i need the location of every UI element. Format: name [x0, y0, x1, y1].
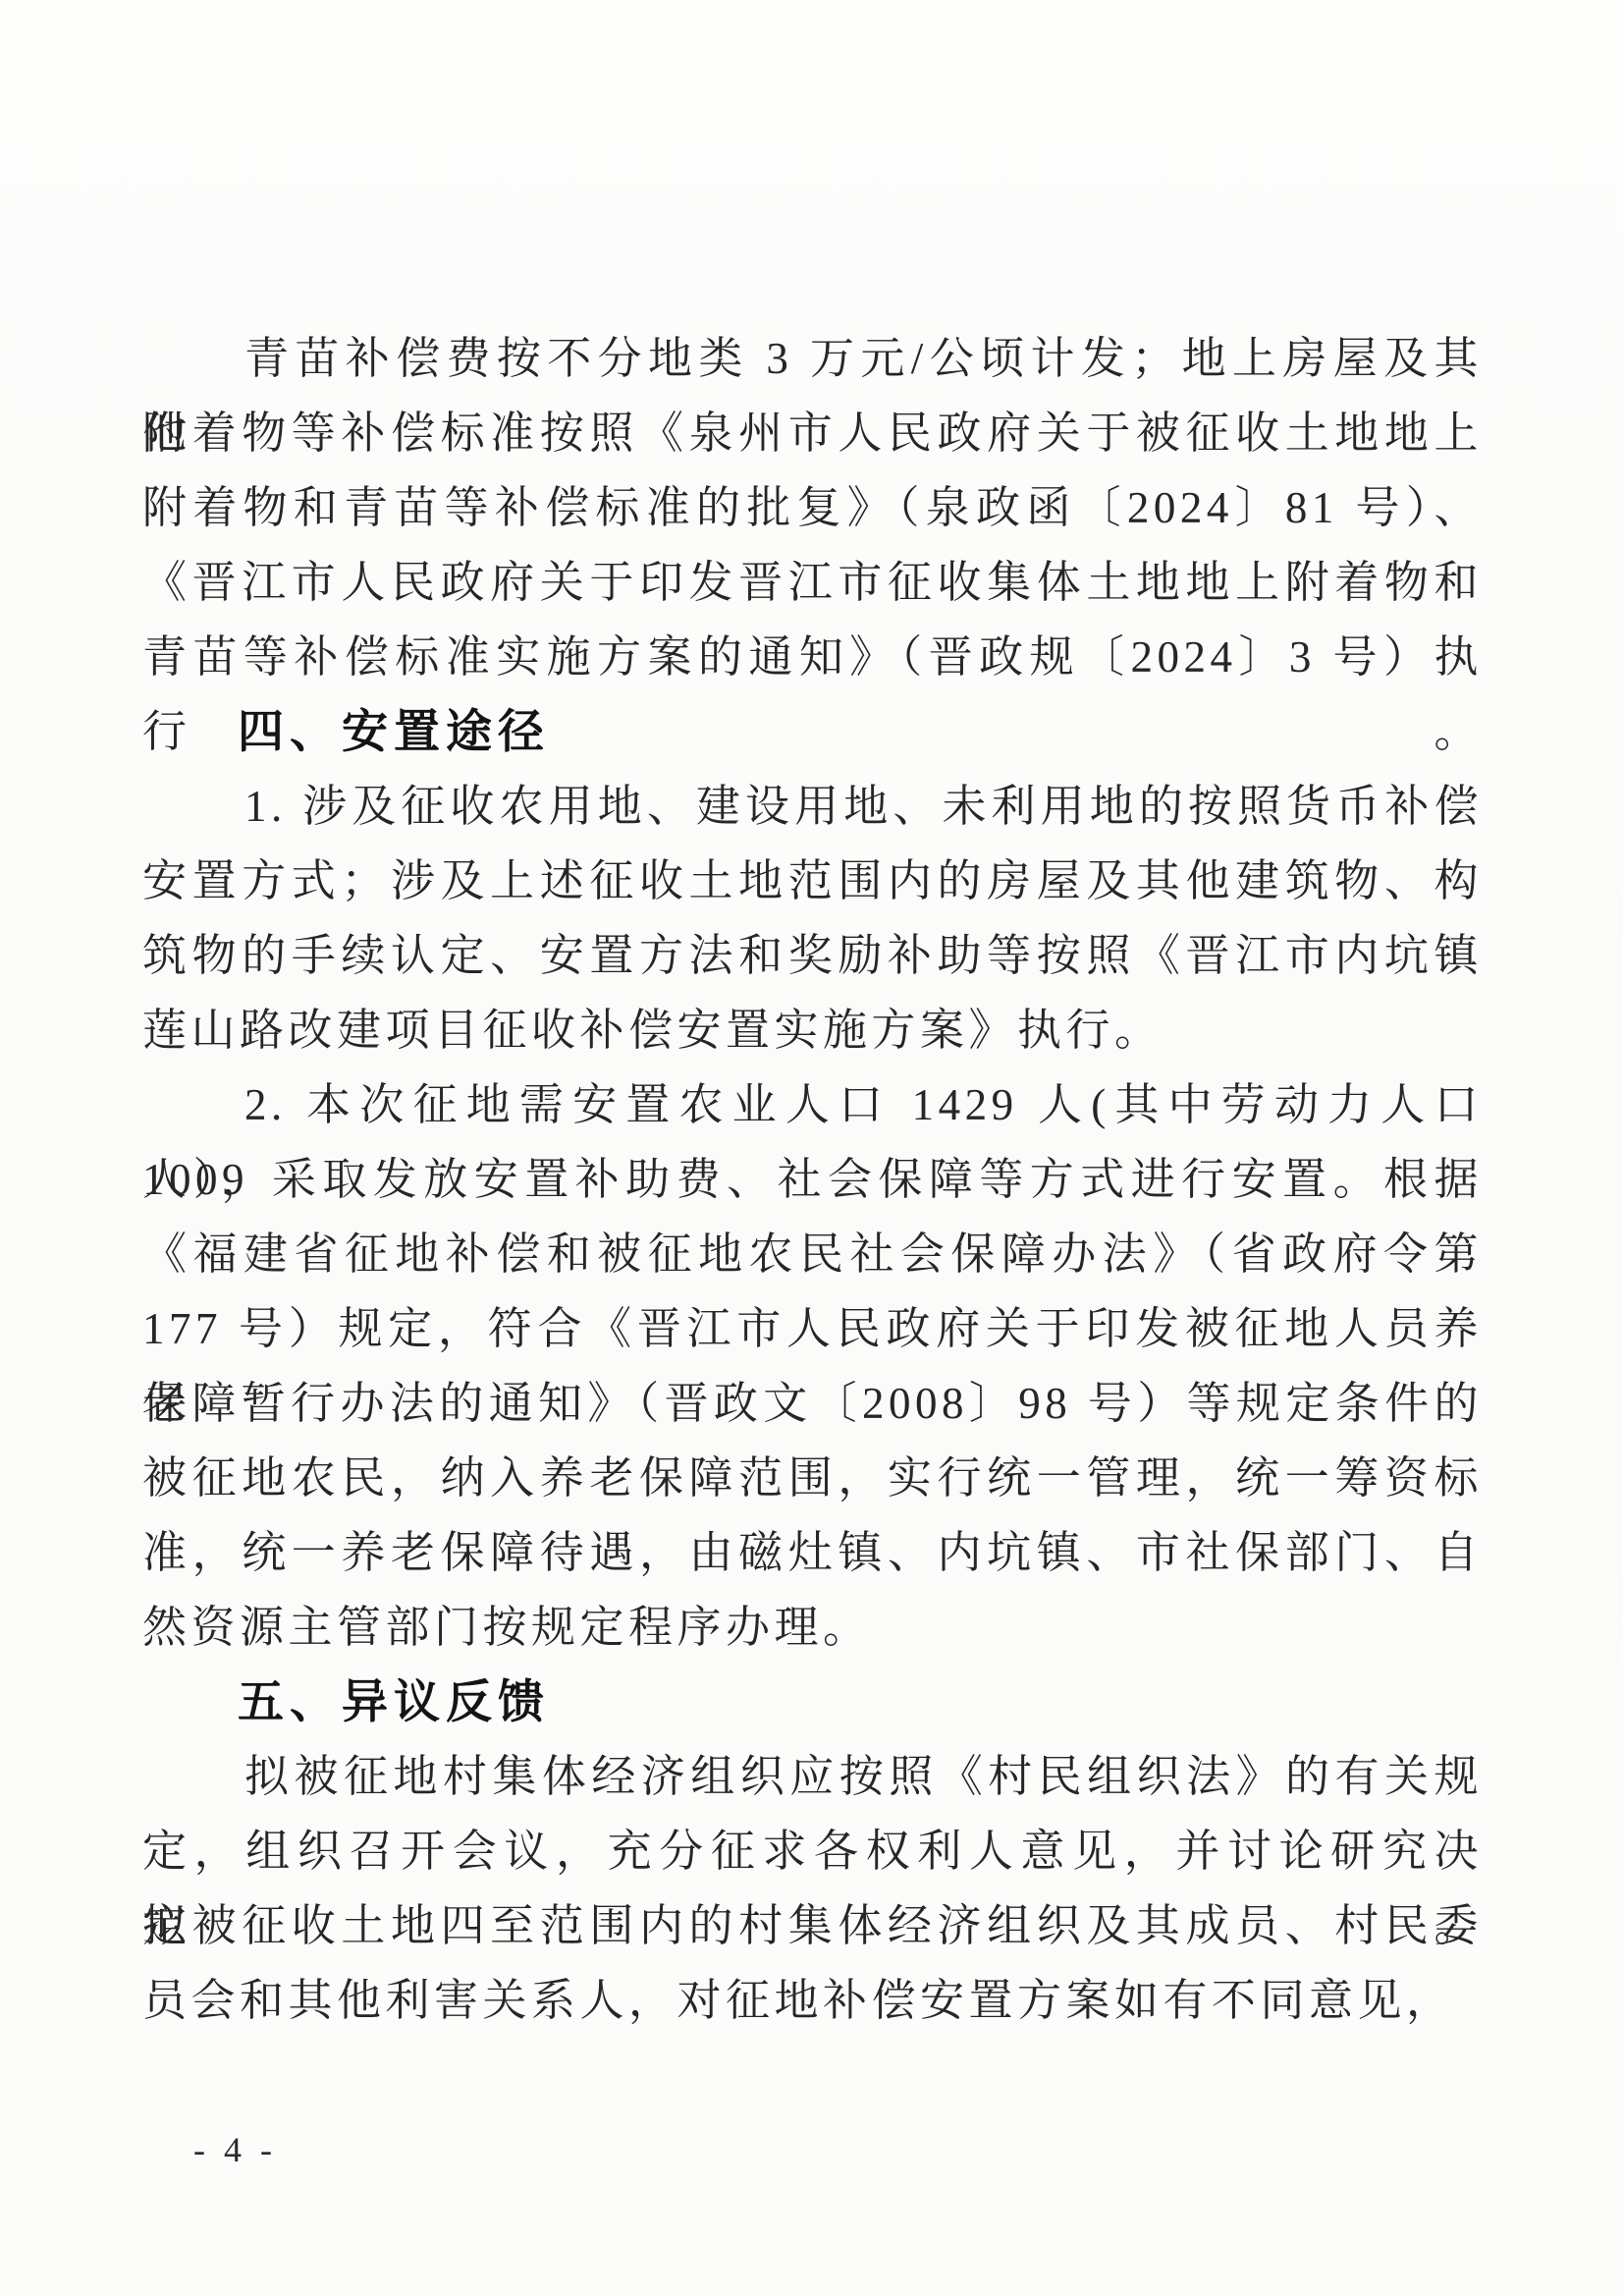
text-line: 员会和其他利害关系人，对征地补偿安置方案如有不同意见，: [142, 1963, 1483, 2038]
text-line: 附着物等补偿标准按照《泉州市人民政府关于被征收土地地上: [142, 396, 1483, 470]
text-line: 《晋江市人民政府关于印发晋江市征收集体土地地上附着物和: [142, 545, 1483, 620]
section-heading: 五、异议反馈: [142, 1665, 1483, 1739]
text-line: 1. 涉及征收农用地、建设用地、未利用地的按照货币补偿: [142, 769, 1483, 844]
text-line: 《福建省征地补偿和被征地农民社会保障办法》（省政府令第: [142, 1217, 1483, 1291]
text-line: 保障暂行办法的通知》（晋政文〔2008〕98 号）等规定条件的: [142, 1366, 1483, 1441]
text-line: 177 号）规定，符合《晋江市人民政府关于印发被征地人员养老: [142, 1291, 1483, 1366]
text-line: 准，统一养老保障待遇，由磁灶镇、内坑镇、市社保部门、自: [142, 1515, 1483, 1590]
page: { "page": { "background": "#fcfcfb", "fo…: [0, 0, 1623, 2296]
text-line: 青苗等补偿标准实施方案的通知》（晋政规〔2024〕3 号）执行。: [142, 620, 1483, 694]
text-line: 拟被征地村集体经济组织应按照《村民组织法》的有关规: [142, 1739, 1483, 1814]
text-line: 定，组织召开会议，充分征求各权利人意见，并讨论研究决定。: [142, 1814, 1483, 1888]
text-line: 2. 本次征地需安置农业人口 1429 人(其中劳动力人口 1009: [142, 1067, 1483, 1142]
text-line: 筑物的手续认定、安置方法和奖励补助等按照《晋江市内坑镇: [142, 918, 1483, 993]
text-line: 被征地农民，纳入养老保障范围，实行统一管理，统一筹资标: [142, 1441, 1483, 1515]
text-line: 安置方式；涉及上述征收土地范围内的房屋及其他建筑物、构: [142, 844, 1483, 918]
document-body: 青苗补偿费按不分地类 3 万元/公顷计发；地上房屋及其他附着物等补偿标准按照《泉…: [142, 321, 1483, 2038]
text-line: 然资源主管部门按规定程序办理。: [142, 1590, 1483, 1665]
page-number: - 4 -: [193, 2129, 277, 2170]
text-line: 人），采取发放安置补助费、社会保障等方式进行安置。根据: [142, 1142, 1483, 1217]
text-line: 附着物和青苗等补偿标准的批复》（泉政函〔2024〕81 号）、: [142, 470, 1483, 545]
text-line: 莲山路改建项目征收补偿安置实施方案》执行。: [142, 993, 1483, 1067]
text-line: 青苗补偿费按不分地类 3 万元/公顷计发；地上房屋及其他: [142, 321, 1483, 396]
text-line: 拟被征收土地四至范围内的村集体经济组织及其成员、村民委: [142, 1888, 1483, 1963]
